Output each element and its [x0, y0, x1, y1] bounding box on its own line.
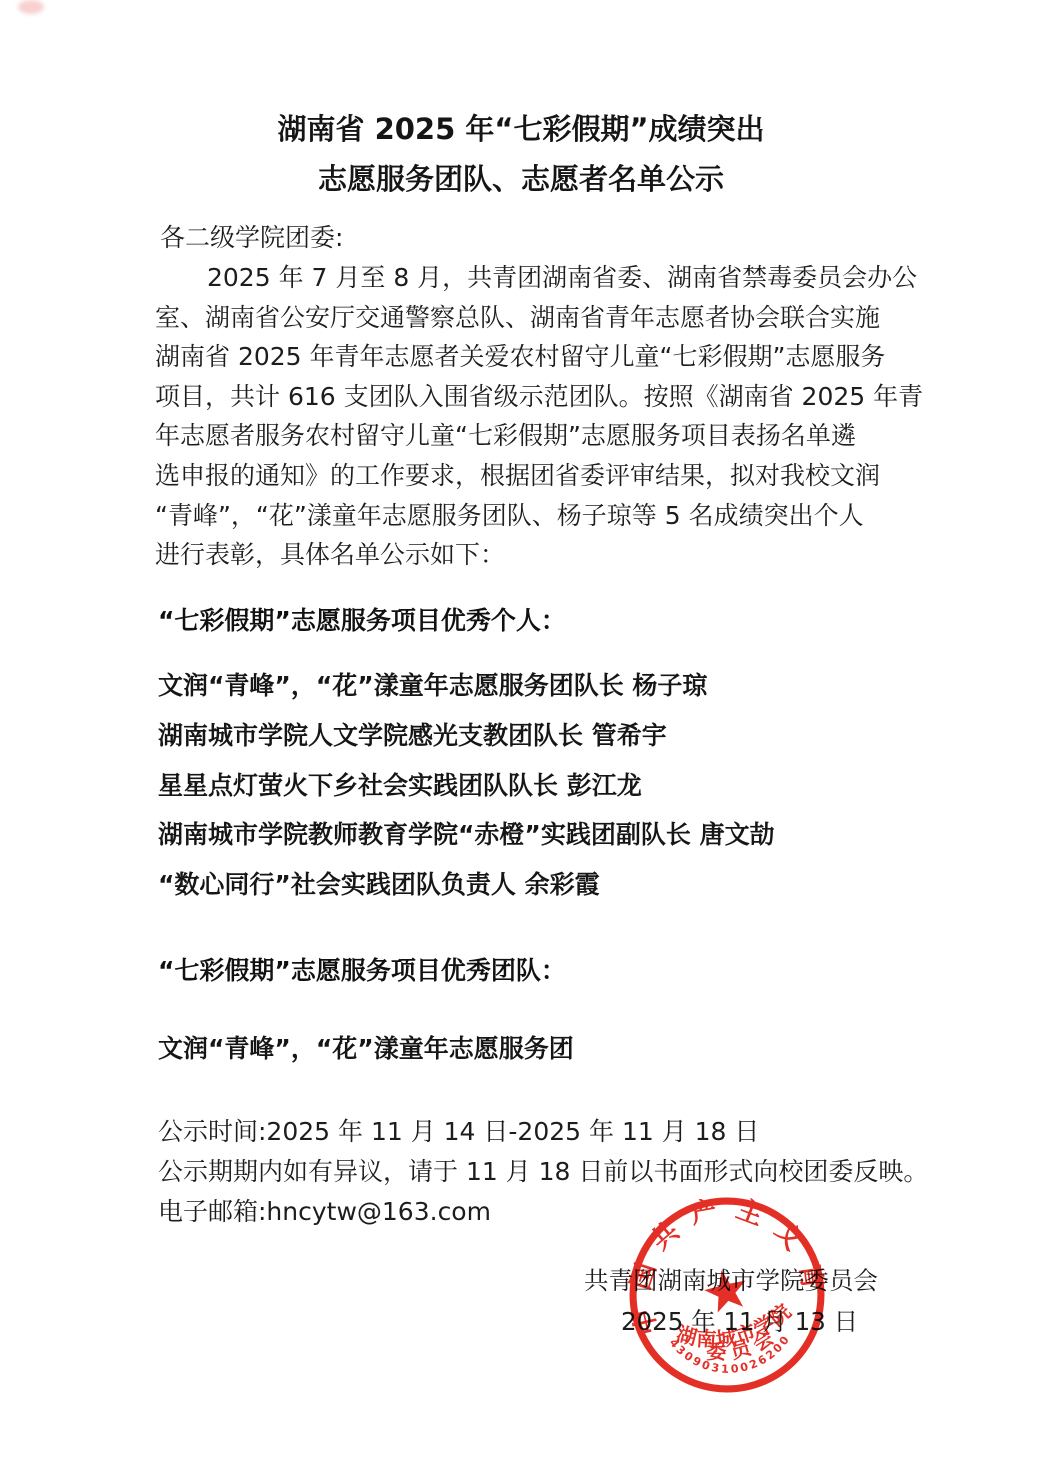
section-heading-teams: “七彩假期”志愿服务项目优秀团队： [158, 951, 566, 987]
official-seal: 中国共产主义青年团 湖南城市学院 委员会 43090310026200 [626, 1194, 828, 1396]
list-item: 湖南城市学院人文学院感光支教团队长 管希宇 [158, 711, 775, 761]
body-line: 年志愿者服务农村留守儿童“七彩假期”志愿服务项目表扬名单遴 [155, 416, 915, 456]
body-line: 2025 年 7 月至 8 月，共青团湖南省委、湖南省禁毒委员会办公 [155, 258, 915, 298]
list-item: 星星点灯萤火下乡社会实践团队队长 彭江龙 [158, 761, 775, 811]
star-icon [701, 1266, 751, 1315]
body-line: 室、湖南省公安厅交通警察总队、湖南省青年志愿者协会联合实施 [155, 298, 915, 338]
list-item: 湖南城市学院教师教育学院“赤橙”实践团副队长 唐文劼 [158, 810, 775, 860]
body-paragraph: 2025 年 7 月至 8 月，共青团湖南省委、湖南省禁毒委员会办公 室、湖南省… [155, 258, 915, 575]
body-line: 湖南省 2025 年青年志愿者关爱农村留守儿童“七彩假期”志愿服务 [155, 337, 915, 377]
teams-list: 文润“青峰”，“花”漾童年志愿服务团 [158, 1024, 574, 1074]
title-line-2: 志愿服务团队、志愿者名单公示 [0, 154, 1042, 204]
list-item: 文润“青峰”，“花”漾童年志愿服务团队长 杨子琼 [158, 661, 775, 711]
body-line: “青峰”，“花”漾童年志愿服务团队、杨子琼等 5 名成绩突出个人 [155, 496, 915, 536]
objection-note: 公示期期内如有异议，请于 11 月 18 日前以书面形式向校团委反映。 [158, 1152, 928, 1192]
document-page: 湖南省 2025 年“七彩假期”成绩突出 志愿服务团队、志愿者名单公示 各二级学… [0, 0, 1042, 1481]
body-line: 进行表彰，具体名单公示如下： [155, 535, 915, 575]
title-line-1: 湖南省 2025 年“七彩假期”成绩突出 [0, 104, 1042, 154]
section-heading-individuals: “七彩假期”志愿服务项目优秀个人： [158, 601, 566, 637]
page-title: 湖南省 2025 年“七彩假期”成绩突出 志愿服务团队、志愿者名单公示 [0, 104, 1042, 204]
scan-smudge [18, 0, 44, 14]
list-item: “数心同行”社会实践团队负责人 余彩霞 [158, 860, 775, 910]
individuals-list: 文润“青峰”，“花”漾童年志愿服务团队长 杨子琼 湖南城市学院人文学院感光支教团… [158, 661, 775, 910]
list-item: 文润“青峰”，“花”漾童年志愿服务团 [158, 1024, 574, 1074]
body-line: 选申报的通知》的工作要求，根据团省委评审结果，拟对我校文润 [155, 456, 915, 496]
body-line: 项目，共计 616 支团队入围省级示范团队。按照《湖南省 2025 年青 [155, 377, 915, 417]
publicity-period: 公示时间:2025 年 11 月 14 日-2025 年 11 月 18 日 [158, 1112, 928, 1152]
salutation: 各二级学院团委: [160, 221, 343, 255]
